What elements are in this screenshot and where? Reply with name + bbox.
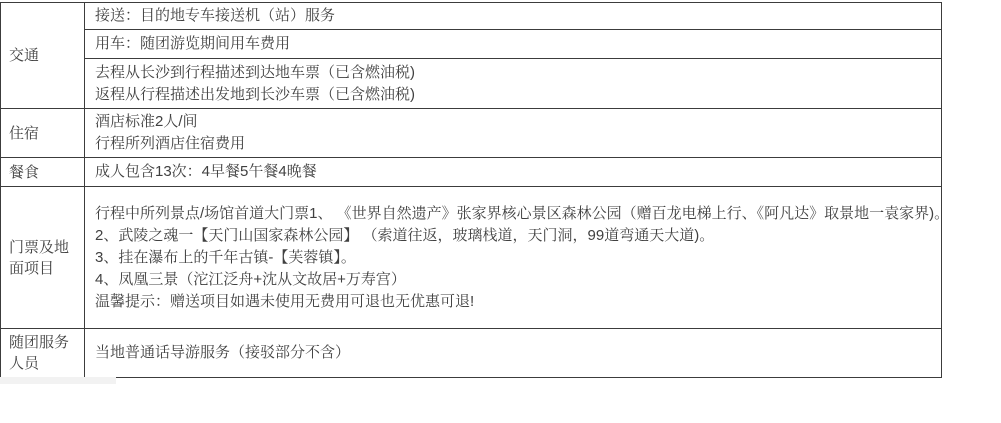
cell-line: 用车：随团游览期间用车费用 bbox=[95, 33, 931, 55]
section-label-lodging: 住宿 bbox=[1, 109, 85, 158]
section-label-transport: 交通 bbox=[1, 3, 85, 109]
table-row: 餐食 成人包含13次：4早餐5午餐4晚餐 bbox=[1, 158, 942, 187]
cell-line: 行程中所列景点/场馆首道大门票1、 《世界自然遗产》张家界核心景区森林公园（赠百… bbox=[95, 203, 931, 225]
section-label-tour-staff: 随团服务人员 bbox=[1, 329, 85, 378]
cell-line: 返程从行程描述出发地到长沙车票（已含燃油税) bbox=[95, 84, 931, 106]
table-row: 去程从长沙到行程描述到达地车票（已含燃油税) 返程从行程描述出发地到长沙车票（已… bbox=[1, 59, 942, 109]
cell-meals: 成人包含13次：4早餐5午餐4晚餐 bbox=[85, 158, 942, 187]
table-row: 交通 接送：目的地专车接送机（站）服务 bbox=[1, 3, 942, 30]
cell-line: 温馨提示：赠送项目如遇未使用无费用可退也无优惠可退! bbox=[95, 291, 931, 313]
cell-transport-vehicle: 用车：随团游览期间用车费用 bbox=[85, 30, 942, 59]
cell-tour-staff: 当地普通话导游服务（接驳部分不含） bbox=[85, 329, 942, 378]
cell-line: 2、武陵之魂一【天门山国家森林公园】 （索道往返，玻璃栈道，天门洞，99道弯通天… bbox=[95, 225, 931, 247]
page: 交通 接送：目的地专车接送机（站）服务 用车：随团游览期间用车费用 去程从长沙到… bbox=[0, 2, 1001, 423]
cell-lodging: 酒店标准2人/间 行程所列酒店住宿费用 bbox=[85, 109, 942, 158]
cell-line: 酒店标准2人/间 bbox=[95, 111, 931, 133]
package-inclusions-table: 交通 接送：目的地专车接送机（站）服务 用车：随团游览期间用车费用 去程从长沙到… bbox=[0, 2, 942, 378]
section-label-meals: 餐食 bbox=[1, 158, 85, 187]
cell-line: 接送：目的地专车接送机（站）服务 bbox=[95, 5, 931, 27]
cell-line: 3、挂在瀑布上的千年古镇-【芙蓉镇】。 bbox=[95, 247, 931, 269]
cell-line: 去程从长沙到行程描述到达地车票（已含燃油税) bbox=[95, 62, 931, 84]
table-row: 用车：随团游览期间用车费用 bbox=[1, 30, 942, 59]
cell-line: 行程所列酒店住宿费用 bbox=[95, 133, 931, 155]
table-row: 门票及地面项目 行程中所列景点/场馆首道大门票1、 《世界自然遗产》张家界核心景… bbox=[1, 187, 942, 329]
table-row: 随团服务人员 当地普通话导游服务（接驳部分不含） bbox=[1, 329, 942, 378]
cell-line: 成人包含13次：4早餐5午餐4晚餐 bbox=[95, 161, 931, 183]
cell-tickets-ground: 行程中所列景点/场馆首道大门票1、 《世界自然遗产》张家界核心景区森林公园（赠百… bbox=[85, 187, 942, 329]
bottom-left-shadow bbox=[0, 377, 116, 384]
table-row: 住宿 酒店标准2人/间 行程所列酒店住宿费用 bbox=[1, 109, 942, 158]
cell-line: 当地普通话导游服务（接驳部分不含） bbox=[95, 342, 931, 364]
section-label-tickets-ground: 门票及地面项目 bbox=[1, 187, 85, 329]
cell-line: 4、凤凰三景（沱江泛舟+沈从文故居+万寿宫） bbox=[95, 269, 931, 291]
cell-transport-pickup: 接送：目的地专车接送机（站）服务 bbox=[85, 3, 942, 30]
cell-transport-tickets: 去程从长沙到行程描述到达地车票（已含燃油税) 返程从行程描述出发地到长沙车票（已… bbox=[85, 59, 942, 109]
